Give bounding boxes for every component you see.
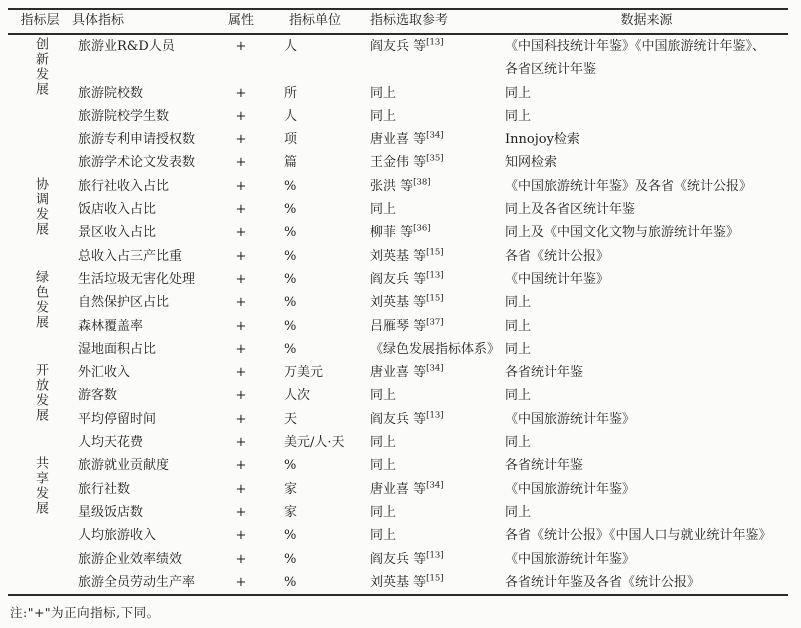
cell-attribute: +	[222, 478, 260, 501]
table-row: 景区收入占比+%柳菲 等[36]同上及《中国文化文物与旅游统计年鉴》	[8, 221, 788, 244]
cell-reference: 同上	[370, 524, 505, 547]
cell-attribute: +	[222, 34, 260, 82]
cell-indicator: 旅行社收入占比	[72, 175, 222, 198]
group-label: 协调发展	[8, 175, 72, 268]
cell-unit: 人次	[260, 384, 370, 407]
cell-source: 各省《统计公报》《中国人口与就业统计年鉴》	[505, 524, 788, 547]
cell-reference: 同上	[370, 501, 505, 524]
cell-indicator: 景区收入占比	[72, 221, 222, 244]
cell-indicator: 旅游院校学生数	[72, 105, 222, 128]
cell-indicator: 旅行社数	[72, 478, 222, 501]
table-row: 创新发展旅游业R&D人员+人阎友兵 等[13]《中国科技统计年鉴》《中国旅游统计…	[8, 34, 788, 82]
cell-source: 同上	[505, 105, 788, 128]
table-row: 旅游专利申请授权数+项唐业喜 等[34]Innojoy检索	[8, 128, 788, 151]
cell-attribute: +	[222, 571, 260, 595]
cell-source: 各省《统计公报》	[505, 245, 788, 268]
cell-unit: 人	[260, 105, 370, 128]
cell-attribute: +	[222, 221, 260, 244]
cell-reference: 阎友兵 等[13]	[370, 548, 505, 571]
cell-unit: %	[260, 221, 370, 244]
cell-reference: 同上	[370, 198, 505, 221]
table-row: 共享发展旅游就业贡献度+%同上各省统计年鉴	[8, 454, 788, 477]
cell-reference: 阎友兵 等[13]	[370, 34, 505, 82]
table-row: 绿色发展生活垃圾无害化处理+%阎友兵 等[13]《中国统计年鉴》	[8, 268, 788, 291]
cell-attribute: +	[222, 128, 260, 151]
cell-indicator: 旅游院校数	[72, 82, 222, 105]
cell-unit: %	[260, 571, 370, 595]
cell-reference: 同上	[370, 384, 505, 407]
cell-indicator: 人均天花费	[72, 431, 222, 454]
cell-attribute: +	[222, 82, 260, 105]
reference-citation-number: [34]	[426, 480, 443, 490]
cell-unit: %	[260, 548, 370, 571]
table-header: 指标层 具体指标 属性 指标单位 指标选取参考 数据来源	[8, 9, 788, 34]
cell-unit: %	[260, 291, 370, 314]
cell-source: 同上	[505, 82, 788, 105]
indicator-system-table: 指标层 具体指标 属性 指标单位 指标选取参考 数据来源 创新发展旅游业R&D人…	[8, 8, 788, 596]
table-row: 人均天花费+美元/人·天同上同上	[8, 431, 788, 454]
cell-attribute: +	[222, 175, 260, 198]
cell-source: 同上	[505, 315, 788, 338]
table-row: 湿地面积占比+%《绿色发展指标体系》同上	[8, 338, 788, 361]
cell-unit: %	[260, 454, 370, 477]
cell-indicator: 森林覆盖率	[72, 315, 222, 338]
reference-citation-number: [13]	[426, 410, 443, 420]
cell-reference: 王金伟 等[35]	[370, 151, 505, 174]
cell-attribute: +	[222, 315, 260, 338]
cell-indicator: 旅游就业贡献度	[72, 454, 222, 477]
cell-reference: 唐业喜 等[34]	[370, 361, 505, 384]
table-row: 旅游企业效率绩效+%阎友兵 等[13]《中国旅游统计年鉴》	[8, 548, 788, 571]
cell-attribute: +	[222, 384, 260, 407]
reference-citation-number: [15]	[426, 294, 443, 304]
reference-citation-number: [37]	[426, 317, 443, 327]
group-label-text: 共享发展	[32, 456, 48, 516]
cell-attribute: +	[222, 105, 260, 128]
cell-unit: %	[260, 315, 370, 338]
cell-reference: 刘英基 等[15]	[370, 245, 505, 268]
cell-attribute: +	[222, 338, 260, 361]
reference-citation-number: [13]	[426, 550, 443, 560]
cell-unit: 所	[260, 82, 370, 105]
cell-source: 同上	[505, 338, 788, 361]
cell-unit: %	[260, 175, 370, 198]
cell-attribute: +	[222, 524, 260, 547]
cell-source: 知网检索	[505, 151, 788, 174]
cell-attribute: +	[222, 501, 260, 524]
cell-source: Innojoy检索	[505, 128, 788, 151]
cell-reference: 唐业喜 等[34]	[370, 478, 505, 501]
cell-indicator: 人均旅游收入	[72, 524, 222, 547]
group-label-text: 绿色发展	[32, 270, 48, 330]
cell-attribute: +	[222, 291, 260, 314]
cell-indicator: 旅游专利申请授权数	[72, 128, 222, 151]
cell-reference: 柳菲 等[36]	[370, 221, 505, 244]
cell-reference: 张洪 等[38]	[370, 175, 505, 198]
cell-reference: 刘英基 等[15]	[370, 291, 505, 314]
group-label: 绿色发展	[8, 268, 72, 361]
cell-indicator: 外汇收入	[72, 361, 222, 384]
cell-reference: 吕雁琴 等[37]	[370, 315, 505, 338]
cell-source: 同上	[505, 384, 788, 407]
table-row: 旅行社数+家唐业喜 等[34]《中国旅游统计年鉴》	[8, 478, 788, 501]
cell-reference: 同上	[370, 105, 505, 128]
cell-unit: %	[260, 198, 370, 221]
cell-indicator: 旅游业R&D人员	[72, 34, 222, 82]
table-row: 平均停留时间+天阎友兵 等[13]《中国旅游统计年鉴》	[8, 408, 788, 431]
group-label: 开放发展	[8, 361, 72, 454]
cell-attribute: +	[222, 151, 260, 174]
table-row: 自然保护区占比+%刘英基 等[15]同上	[8, 291, 788, 314]
cell-reference: 刘英基 等[15]	[370, 571, 505, 595]
cell-unit: %	[260, 245, 370, 268]
table-row: 协调发展旅行社收入占比+%张洪 等[38]《中国旅游统计年鉴》及各省《统计公报》	[8, 175, 788, 198]
cell-attribute: +	[222, 198, 260, 221]
cell-source: 同上	[505, 501, 788, 524]
table-row: 旅游院校学生数+人同上同上	[8, 105, 788, 128]
cell-source: 《中国科技统计年鉴》《中国旅游统计年鉴》、 各省区统计年鉴	[505, 34, 788, 82]
cell-indicator: 湿地面积占比	[72, 338, 222, 361]
cell-indicator: 游客数	[72, 384, 222, 407]
header-indicator-layer: 指标层	[8, 9, 72, 34]
reference-citation-number: [38]	[413, 177, 430, 187]
cell-unit: %	[260, 338, 370, 361]
reference-citation-number: [34]	[426, 364, 443, 374]
cell-reference: 同上	[370, 82, 505, 105]
cell-reference: 同上	[370, 454, 505, 477]
table-row: 人均旅游收入+%同上各省《统计公报》《中国人口与就业统计年鉴》	[8, 524, 788, 547]
cell-attribute: +	[222, 408, 260, 431]
cell-unit: 项	[260, 128, 370, 151]
cell-unit: 家	[260, 478, 370, 501]
cell-indicator: 平均停留时间	[72, 408, 222, 431]
table-footnote: 注:"+"为正向指标,下同。	[10, 603, 160, 621]
cell-reference: 《绿色发展指标体系》	[370, 338, 505, 361]
cell-attribute: +	[222, 548, 260, 571]
cell-source: 同上	[505, 291, 788, 314]
cell-indicator: 饭店收入占比	[72, 198, 222, 221]
group-label-text: 创新发展	[32, 37, 48, 97]
cell-indicator: 旅游全员劳动生产率	[72, 571, 222, 595]
cell-source: 各省统计年鉴及各省《统计公报》	[505, 571, 788, 595]
table-row: 星级饭店数+家同上同上	[8, 501, 788, 524]
cell-source: 《中国统计年鉴》	[505, 268, 788, 291]
cell-unit: 家	[260, 501, 370, 524]
cell-source: 同上及各省区统计年鉴	[505, 198, 788, 221]
reference-citation-number: [13]	[426, 271, 443, 281]
cell-unit: %	[260, 524, 370, 547]
table-row: 旅游学术论文发表数+篇王金伟 等[35]知网检索	[8, 151, 788, 174]
table-row: 总收入占三产比重+%刘英基 等[15]各省《统计公报》	[8, 245, 788, 268]
group-label: 创新发展	[8, 34, 72, 175]
cell-indicator: 星级饭店数	[72, 501, 222, 524]
group-label: 共享发展	[8, 454, 72, 595]
header-attribute: 属性	[222, 9, 260, 34]
table-row: 旅游院校数+所同上同上	[8, 82, 788, 105]
header-row: 指标层 具体指标 属性 指标单位 指标选取参考 数据来源	[8, 9, 788, 34]
cell-unit: 篇	[260, 151, 370, 174]
cell-source: 各省统计年鉴	[505, 454, 788, 477]
cell-attribute: +	[222, 245, 260, 268]
cell-source: 同上	[505, 431, 788, 454]
header-data-source: 数据来源	[505, 9, 788, 34]
reference-citation-number: [36]	[413, 224, 430, 234]
cell-source: 《中国旅游统计年鉴》	[505, 478, 788, 501]
table-row: 旅游全员劳动生产率+%刘英基 等[15]各省统计年鉴及各省《统计公报》	[8, 571, 788, 595]
header-unit: 指标单位	[260, 9, 370, 34]
cell-source: 《中国旅游统计年鉴》	[505, 548, 788, 571]
reference-citation-number: [34]	[426, 131, 443, 141]
cell-source: 各省统计年鉴	[505, 361, 788, 384]
cell-unit: 美元/人·天	[260, 431, 370, 454]
cell-attribute: +	[222, 454, 260, 477]
reference-citation-number: [15]	[426, 247, 443, 257]
header-reference: 指标选取参考	[370, 9, 505, 34]
reference-citation-number: [15]	[426, 574, 443, 584]
header-specific-indicator: 具体指标	[72, 9, 222, 34]
cell-reference: 同上	[370, 431, 505, 454]
cell-reference: 阎友兵 等[13]	[370, 408, 505, 431]
cell-indicator: 旅游学术论文发表数	[72, 151, 222, 174]
cell-attribute: +	[222, 268, 260, 291]
cell-source: 《中国旅游统计年鉴》及各省《统计公报》	[505, 175, 788, 198]
cell-unit: %	[260, 268, 370, 291]
table-row: 开放发展外汇收入+万美元唐业喜 等[34]各省统计年鉴	[8, 361, 788, 384]
cell-source: 《中国旅游统计年鉴》	[505, 408, 788, 431]
cell-reference: 阎友兵 等[13]	[370, 268, 505, 291]
cell-indicator: 总收入占三产比重	[72, 245, 222, 268]
reference-citation-number: [35]	[426, 154, 443, 164]
reference-citation-number: [13]	[426, 38, 443, 48]
table-row: 森林覆盖率+%吕雁琴 等[37]同上	[8, 315, 788, 338]
cell-source: 同上及《中国文化文物与旅游统计年鉴》	[505, 221, 788, 244]
cell-unit: 万美元	[260, 361, 370, 384]
cell-attribute: +	[222, 361, 260, 384]
cell-attribute: +	[222, 431, 260, 454]
cell-indicator: 自然保护区占比	[72, 291, 222, 314]
group-label-text: 开放发展	[32, 363, 48, 423]
table-row: 游客数+人次同上同上	[8, 384, 788, 407]
cell-indicator: 旅游企业效率绩效	[72, 548, 222, 571]
group-label-text: 协调发展	[32, 177, 48, 237]
cell-unit: 人	[260, 34, 370, 82]
table-row: 饭店收入占比+%同上同上及各省区统计年鉴	[8, 198, 788, 221]
cell-unit: 天	[260, 408, 370, 431]
table-body: 创新发展旅游业R&D人员+人阎友兵 等[13]《中国科技统计年鉴》《中国旅游统计…	[8, 34, 788, 595]
cell-indicator: 生活垃圾无害化处理	[72, 268, 222, 291]
cell-reference: 唐业喜 等[34]	[370, 128, 505, 151]
